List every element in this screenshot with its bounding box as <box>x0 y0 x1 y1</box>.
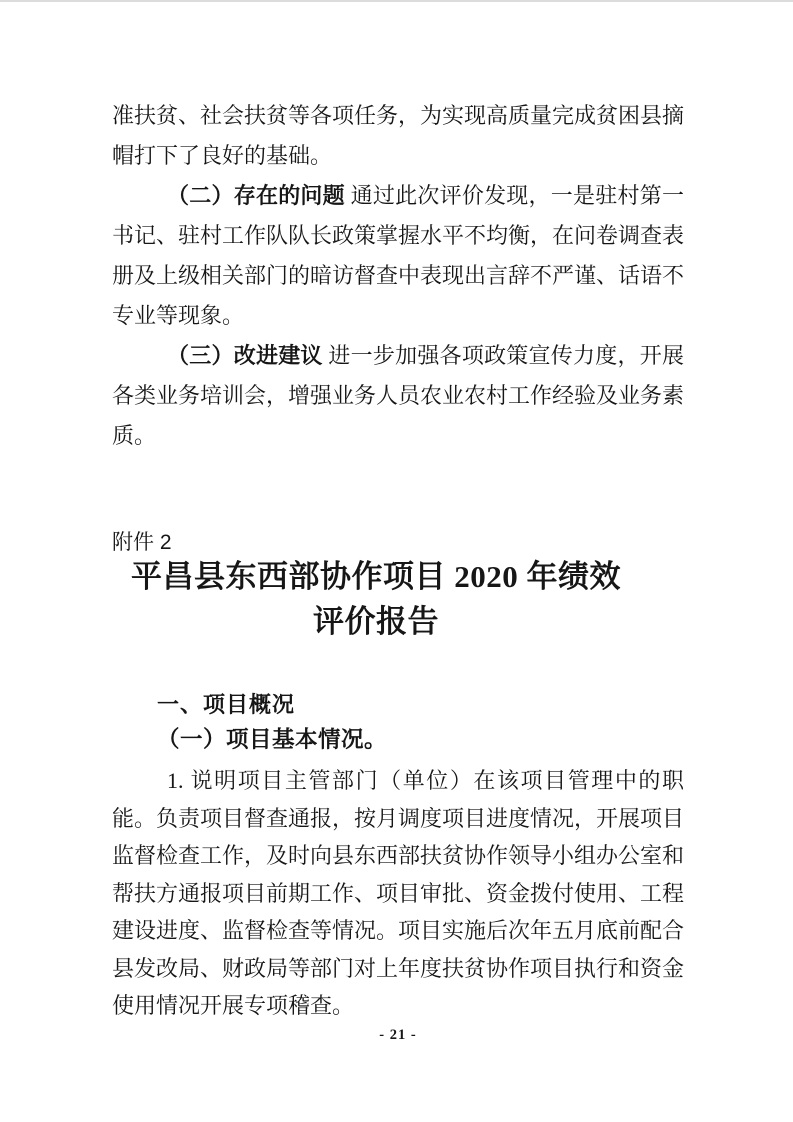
document-page: 准扶贫、社会扶贫等各项任务，为实现高质量完成贫困县摘帽打下了良好的基础。（二）存… <box>0 0 793 1122</box>
paragraph: 准扶贫、社会扶贫等各项任务，为实现高质量完成贫困县摘帽打下了良好的基础。 <box>112 96 684 176</box>
sub-heading: （一）项目基本情况。 <box>157 724 387 756</box>
page-footer: - 21 - <box>112 1026 684 1044</box>
section-heading: 一、项目概况 <box>157 690 295 720</box>
paragraph: 1. 说明项目主管部门（单位）在该项目管理中的职能。负责项目督查通报，按月调度项… <box>112 762 684 1025</box>
bold-run: （二）存在的问题 <box>167 183 345 208</box>
paragraph: （二）存在的问题 通过此次评价发现，一是驻村第一书记、驻村工作队队长政策掌握水平… <box>112 176 684 336</box>
bold-run: （三）改进建议 <box>167 343 323 368</box>
page-top-edge <box>0 0 793 2</box>
text-run: 准扶贫、社会扶贫等各项任务，为实现高质量完成贫困县摘帽打下了良好的基础。 <box>112 103 684 168</box>
title-line: 评价报告 <box>112 599 640 644</box>
title-line: 平昌县东西部协作项目 2020 年绩效 <box>112 554 640 599</box>
text-run: 1. 说明项目主管部门（单位）在该项目管理中的职能。负责项目督查通报，按月调度项… <box>112 768 684 1018</box>
body-paragraphs: 1. 说明项目主管部门（单位）在该项目管理中的职能。负责项目督查通报，按月调度项… <box>112 762 684 1025</box>
report-title: 平昌县东西部协作项目 2020 年绩效评价报告 <box>112 554 684 644</box>
page-number: - 21 - <box>379 1027 416 1043</box>
paragraph: （三）改进建议 进一步加强各项政策宣传力度，开展各类业务培训会，增强业务人员农业… <box>112 336 684 456</box>
closing-paragraphs: 准扶贫、社会扶贫等各项任务，为实现高质量完成贫困县摘帽打下了良好的基础。（二）存… <box>112 96 684 456</box>
